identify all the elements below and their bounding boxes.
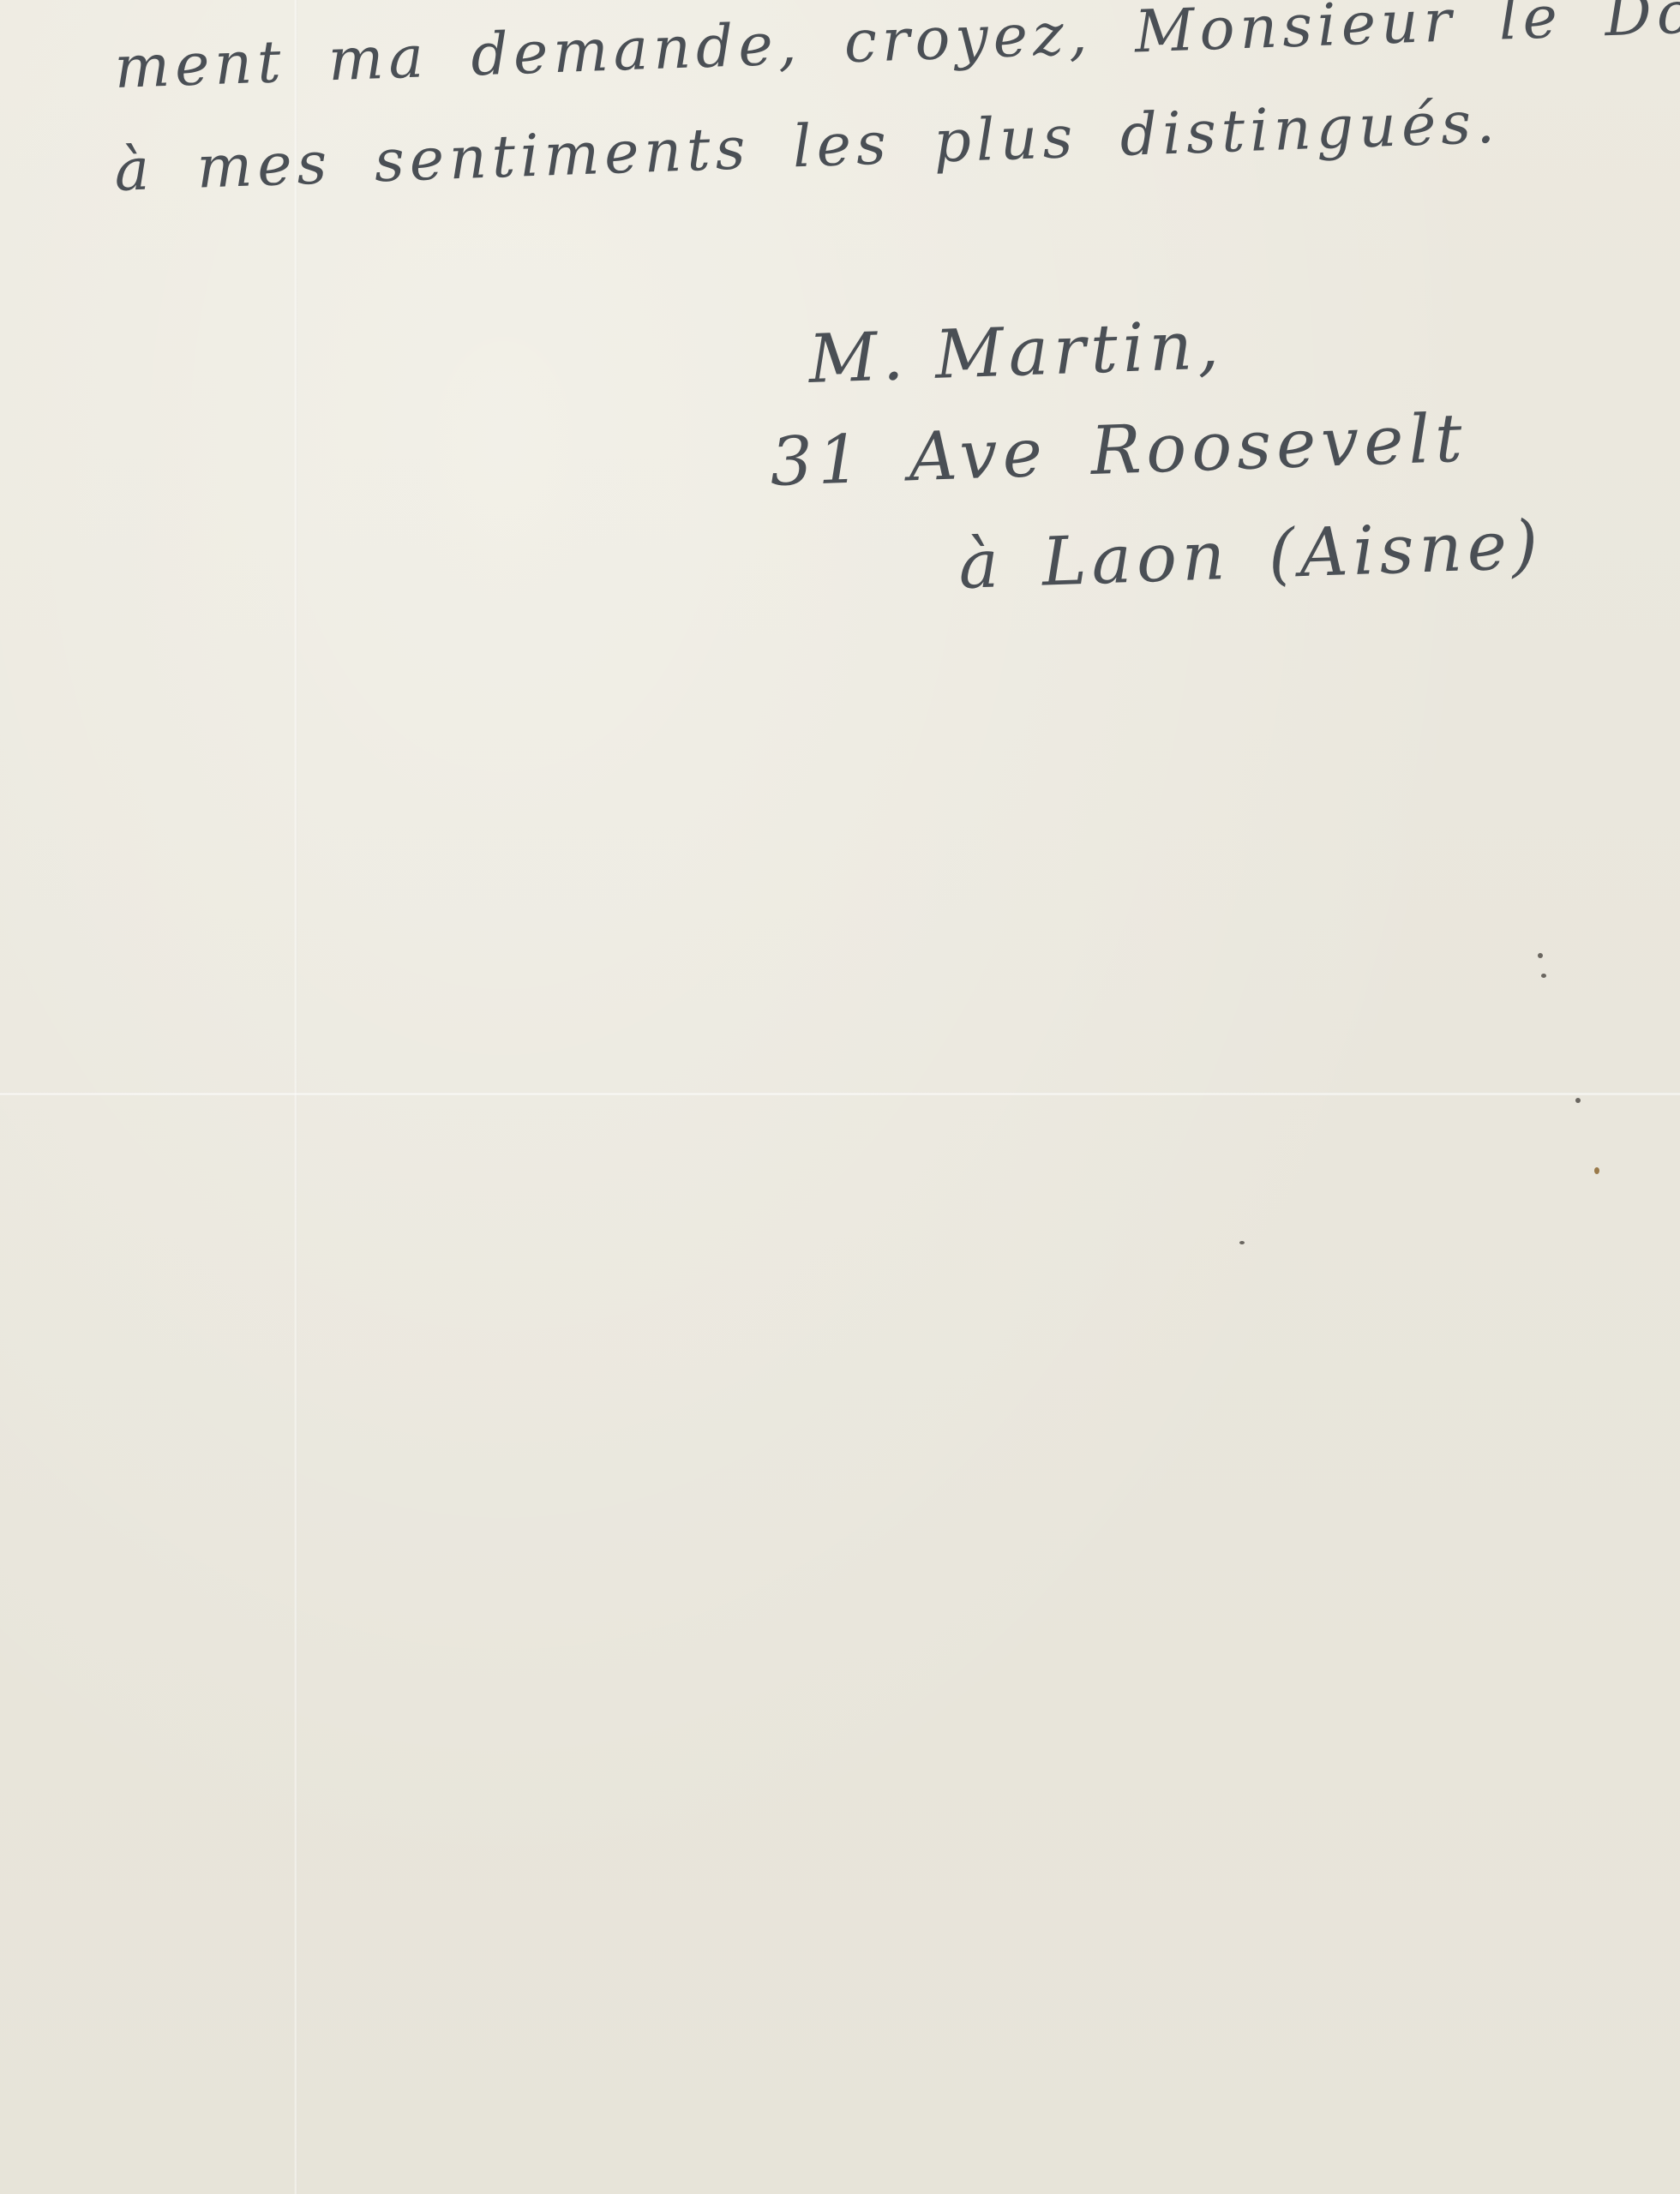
signature-address-city: à Laon (Aisne): [957, 507, 1545, 604]
paper-blemish: [1575, 1098, 1581, 1103]
paper-blemish: [1239, 1241, 1245, 1244]
letter-page: ment ma demande, croyez, Monsieur le Doy…: [0, 0, 1680, 2194]
signature-address-street: 31 Ave Roosevelt: [769, 400, 1468, 501]
signature-name: M. Martin,: [807, 307, 1225, 399]
paper-blemish: [1541, 974, 1546, 978]
paper-blemish: [1594, 1167, 1599, 1174]
body-line-2: à mes sentiments les plus distingués.: [113, 89, 1501, 205]
body-line-1: ment ma demande, croyez, Monsieur le Doy…: [113, 0, 1680, 102]
horizontal-fold-crease: [0, 1092, 1680, 1096]
paper-blemish: [1538, 953, 1543, 958]
vertical-fold-crease: [294, 0, 297, 2194]
